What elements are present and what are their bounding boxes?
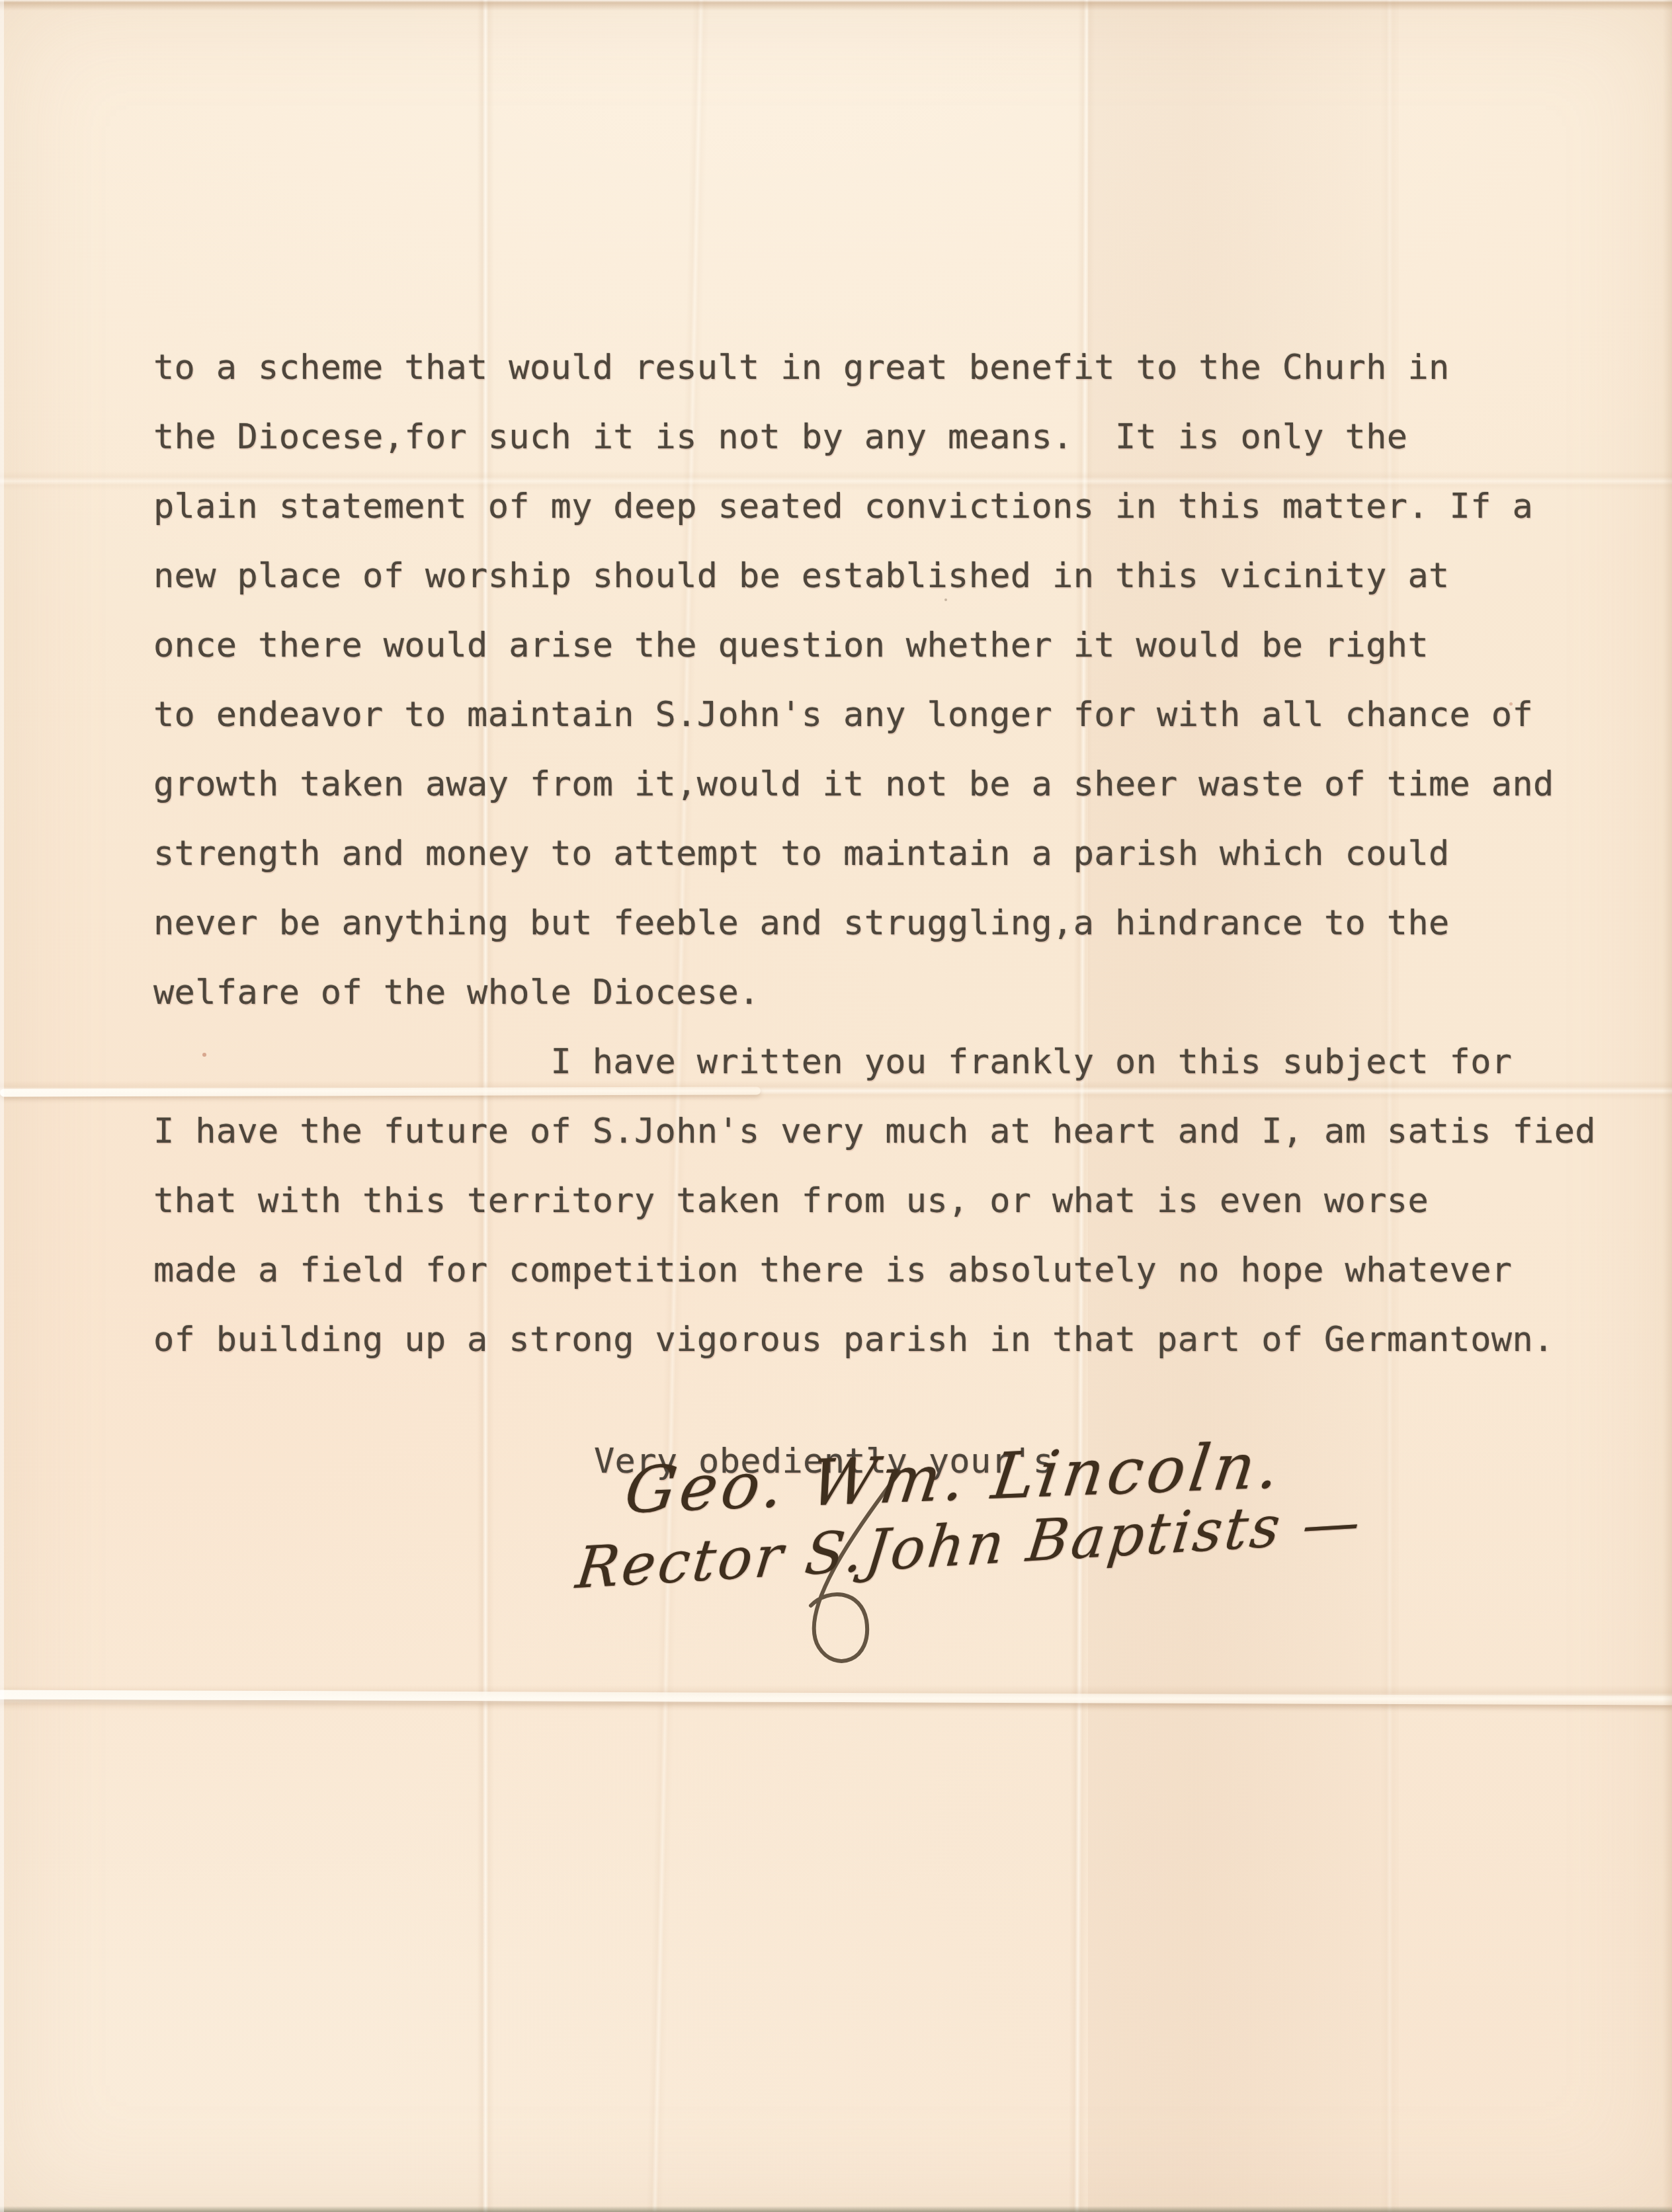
- letter-page: to a scheme that would result in great b…: [0, 0, 1672, 2212]
- typed-line: the Diocese,for such it is not by any me…: [153, 403, 1596, 472]
- typed-line: of building up a strong vigorous parish …: [153, 1305, 1596, 1375]
- scan-edge-bottom: [0, 2206, 1672, 2212]
- typed-line: I have written you frankly on this subje…: [153, 1028, 1596, 1097]
- typed-line: to endeavor to maintain S.John's any lon…: [153, 680, 1596, 750]
- typed-line: welfare of the whole Diocese.: [153, 958, 1596, 1028]
- letter-body: to a scheme that would result in great b…: [153, 333, 1596, 1375]
- typed-line: once there would arise the question whet…: [153, 611, 1596, 680]
- typed-line: plain statement of my deep seated convic…: [153, 472, 1596, 542]
- scan-edge-top: [0, 0, 1672, 11]
- typed-line: never be anything but feeble and struggl…: [153, 889, 1596, 958]
- scan-edge-left: [0, 0, 4, 2212]
- typed-line: to a scheme that would result in great b…: [153, 333, 1596, 403]
- typed-line: strength and money to attempt to maintai…: [153, 819, 1596, 889]
- typed-line: that with this territory taken from us, …: [153, 1167, 1596, 1236]
- typed-line: made a field for competition there is ab…: [153, 1236, 1596, 1305]
- typed-line: growth taken away from it,would it not b…: [153, 750, 1596, 819]
- typed-line: I have the future of S.John's very much …: [153, 1097, 1596, 1167]
- typed-line: new place of worship should be establish…: [153, 542, 1596, 611]
- scan-edge-right: [1663, 0, 1672, 2212]
- signature-flourish-stroke: [761, 1460, 1012, 1678]
